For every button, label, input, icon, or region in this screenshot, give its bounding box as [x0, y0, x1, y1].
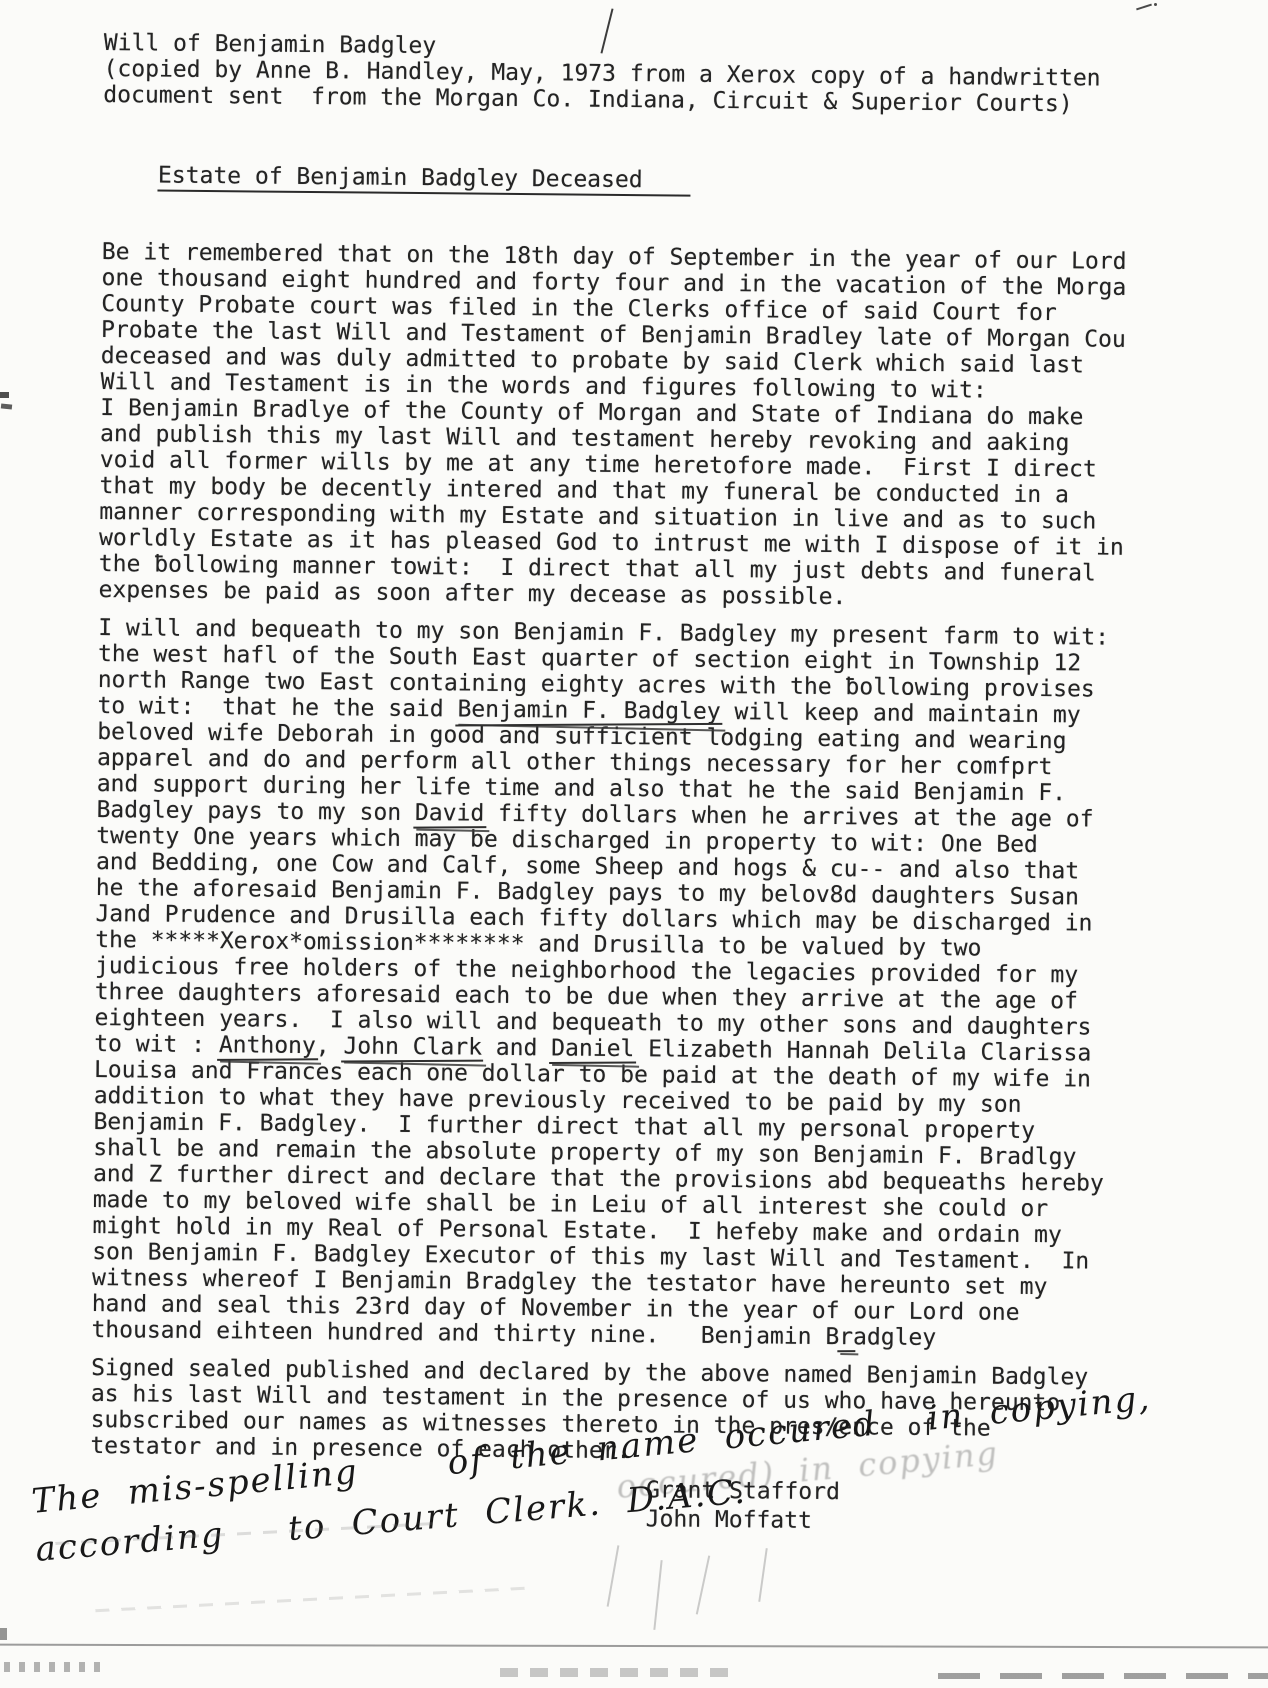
bottom-scan-smudge	[938, 1673, 1268, 1679]
left-edge-smudge	[1, 403, 12, 409]
text-segment: ,	[316, 1033, 344, 1059]
typed-document: Will of Benjamin Badgley(copied by Anne …	[90, 30, 1214, 1540]
text-segment: to wit: that he the said	[97, 693, 457, 722]
underlined-text-segment: Benjamin F. Badgley	[457, 696, 720, 725]
ink-scratch	[653, 1560, 662, 1630]
left-edge-smudge	[0, 1628, 7, 1640]
corner-scan-dot	[1154, 3, 1157, 6]
header-block: Will of Benjamin Badgley(copied by Anne …	[103, 30, 1214, 119]
ink-scratch	[758, 1548, 767, 1602]
underlined-text-segment: David	[415, 800, 484, 827]
document-heading-text: Estate of Benjamin Badgley Deceased	[158, 163, 691, 197]
paragraph-recital: Be it remembered that on the 18th day of…	[98, 239, 1211, 614]
left-edge-smudge	[0, 392, 9, 398]
text-segment: and	[482, 1035, 551, 1062]
underlined-text-segment: Daniel	[551, 1035, 634, 1062]
faded-ink-ghost	[95, 1587, 525, 1613]
bottom-scan-line	[0, 1644, 1268, 1649]
ink-scratch	[607, 1545, 620, 1606]
bottom-scan-smudge	[500, 1668, 730, 1677]
text-segment: to wit :	[94, 1031, 219, 1058]
underlined-text-segment: r	[839, 1324, 853, 1350]
document-body: Be it remembered that on the 18th day of…	[90, 239, 1212, 1470]
text-segment: Badgley pays to my son	[96, 797, 415, 826]
scanned-will-page: { "colors": { "ink": "#242424", "paper":…	[0, 0, 1268, 1688]
paragraph-bequests: I will and bequeath to my son Benjamin F…	[91, 615, 1208, 1354]
bottom-scan-smudge	[4, 1662, 100, 1672]
text-segment: will keep and maintain my	[720, 699, 1080, 728]
underlined-text-segment: Anthony	[219, 1032, 316, 1059]
document-heading: Estate of Benjamin Badgley Deceased	[102, 136, 1213, 228]
corner-scan-mark	[1136, 4, 1152, 11]
text-segment: adgley	[853, 1324, 936, 1351]
ink-scratch	[696, 1555, 710, 1614]
underlined-text-segment: John Clark	[343, 1033, 482, 1060]
